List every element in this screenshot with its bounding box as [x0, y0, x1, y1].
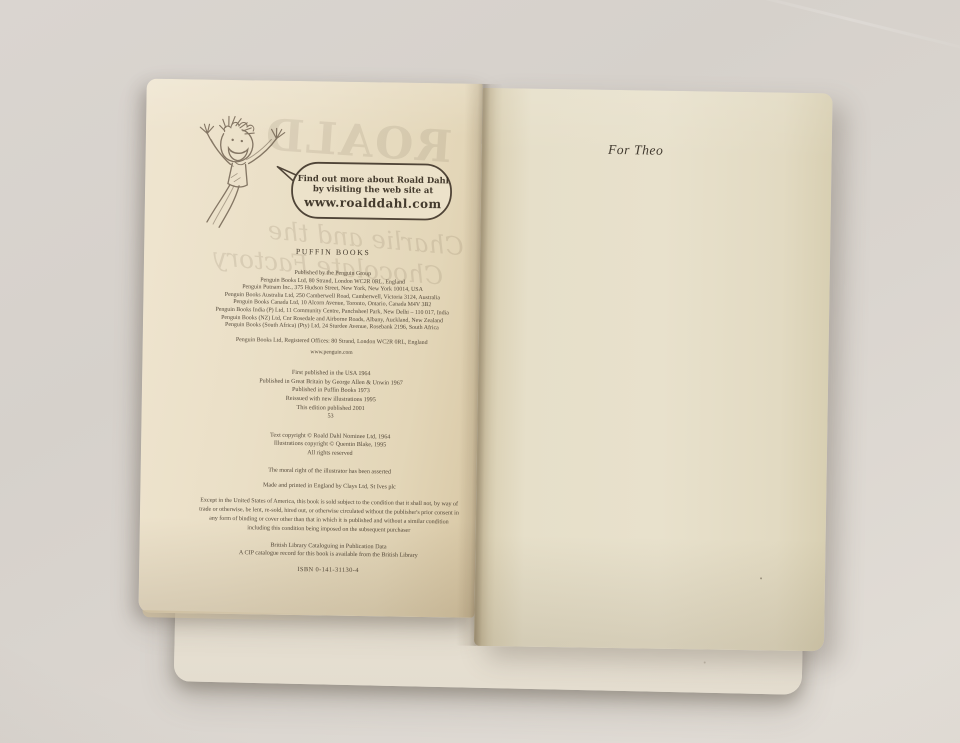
open-book: ROALD Charlie and the Chocolate Factory: [137, 79, 836, 696]
photo-background: ROALD Charlie and the Chocolate Factory: [0, 0, 960, 743]
copyright-block: Text copyright © Roald Dahl Nominee Ltd,…: [183, 430, 477, 459]
isbn-line: ISBN 0-141-31130-4: [181, 564, 475, 576]
publisher-address-block: Published by the Penguin Group Penguin B…: [185, 268, 480, 333]
paper-speck: [704, 661, 706, 663]
imprint-text-column: PUFFIN BOOKS Published by the Penguin Gr…: [181, 245, 480, 575]
left-page: ROALD Charlie and the Chocolate Factory: [138, 79, 482, 618]
moral-right-line: The moral right of the illustrator has b…: [183, 466, 477, 478]
paper-speck: [760, 577, 762, 579]
cip-block: British Library Cataloguing in Publicati…: [181, 541, 475, 562]
speech-bubble: Find out more about Roald Dahl by visiti…: [271, 161, 454, 222]
background-light-streak: [704, 0, 960, 57]
printer-line: Made and printed in England by Clays Ltd…: [182, 482, 476, 494]
penguin-website-line: www.penguin.com: [184, 348, 478, 360]
bubble-line-2: by visiting the web site at: [313, 183, 433, 195]
publication-history-block: First published in the USA 1964 Publishe…: [183, 367, 478, 424]
sales-condition-paragraph: Except in the United States of America, …: [198, 496, 461, 536]
right-page: For Theo: [474, 88, 833, 651]
dedication-text: For Theo: [482, 140, 790, 161]
registered-office-line: Penguin Books Ltd, Registered Offices: 8…: [185, 336, 479, 348]
bubble-url: www.roalddahl.com: [304, 195, 442, 211]
imprint-title: PUFFIN BOOKS: [186, 245, 480, 259]
